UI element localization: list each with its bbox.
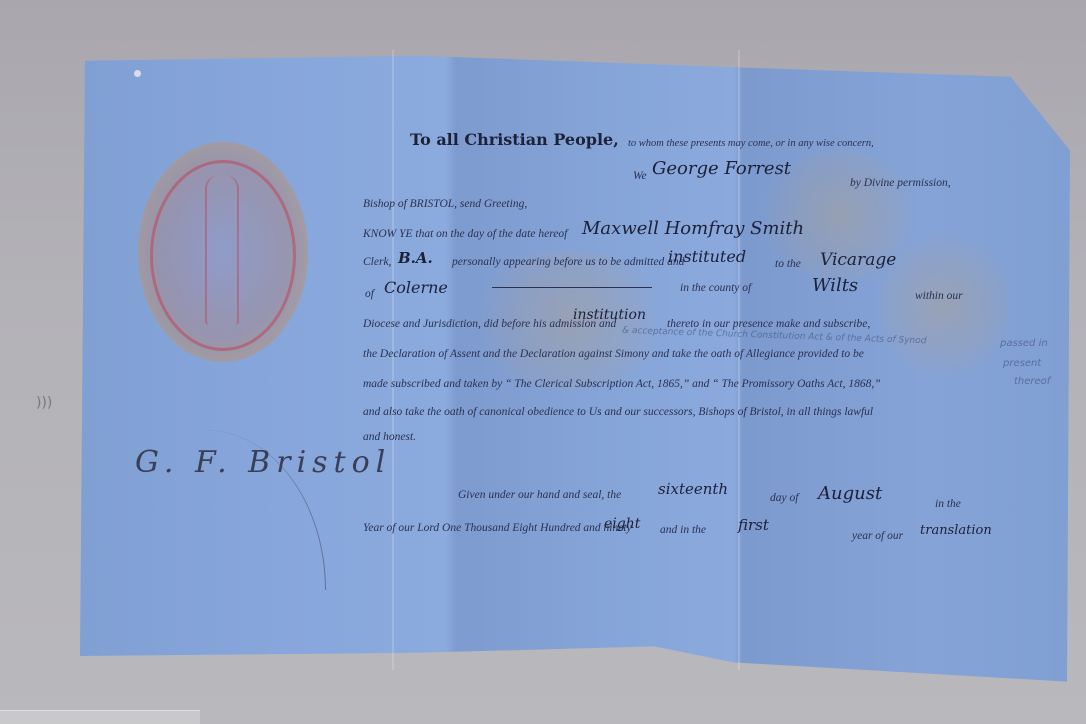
- handwritten-translation: translation: [920, 523, 992, 538]
- line-2-rest: by Divine permission,: [850, 177, 951, 189]
- pencil-margin-note-3: thereof: [1014, 376, 1050, 387]
- line-3: Bishop of BRISTOL, send Greeting,: [363, 198, 527, 210]
- line-5-mid: personally appearing before us to be adm…: [452, 256, 684, 268]
- paper-blemish: [134, 70, 141, 77]
- photo-background: To all Christian People, to whom these p…: [0, 0, 1086, 724]
- handwritten-county: Wilts: [812, 275, 858, 296]
- line-6-of: of: [365, 288, 374, 300]
- handwritten-benefice: Vicarage: [820, 250, 896, 270]
- handwritten-parish: Colerne: [384, 278, 448, 297]
- line-10: and also take the oath of canonical obed…: [363, 406, 873, 418]
- line-12-mid: day of: [770, 492, 798, 504]
- background-mark: ))): [36, 395, 52, 411]
- blank-rule: [492, 287, 652, 288]
- line-2-we: We: [633, 170, 647, 182]
- line-9: made subscribed and taken by “ The Cleri…: [363, 378, 881, 390]
- line-12-post: in the: [935, 498, 961, 510]
- glass-edge: [0, 710, 200, 724]
- pencil-margin-note-1: passed in: [1000, 338, 1048, 349]
- handwritten-clerk-name: Maxwell Homfray Smith: [582, 218, 804, 239]
- line-4: KNOW YE that on the day of the date here…: [363, 228, 567, 240]
- handwritten-ordinal: first: [738, 516, 769, 534]
- line-6-county: in the county of: [680, 282, 751, 294]
- line-13-pre: Year of our Lord One Thousand Eight Hund…: [363, 522, 632, 534]
- line-5-to: to the: [775, 258, 801, 270]
- line-13-mid: and in the: [660, 524, 706, 536]
- fold-crease-left: [392, 50, 394, 670]
- line-8: the Declaration of Assent and the Declar…: [363, 348, 864, 360]
- handwritten-month: August: [818, 483, 882, 504]
- handwritten-instituted: instituted: [668, 247, 746, 266]
- foxing-stain: [880, 230, 1010, 380]
- handwritten-degree: B.A.: [398, 249, 433, 267]
- handwritten-day: sixteenth: [658, 480, 728, 498]
- handwritten-institution: institution: [573, 307, 646, 323]
- pencil-margin-note-2: present: [1003, 358, 1041, 369]
- line-13-post: year of our: [852, 530, 903, 542]
- line-6-post: within our: [915, 290, 963, 302]
- handwritten-bishop-name: George Forrest: [652, 158, 791, 179]
- line-11: and honest.: [363, 431, 416, 443]
- line-5-clerk: Clerk,: [363, 256, 391, 268]
- handwritten-year: eight: [604, 516, 640, 532]
- document-heading: To all Christian People,: [410, 130, 619, 149]
- line-12-pre: Given under our hand and seal, the: [458, 489, 621, 501]
- line-1: to whom these presents may come, or in a…: [628, 138, 874, 149]
- seal-bishop-figure-icon: [205, 175, 239, 325]
